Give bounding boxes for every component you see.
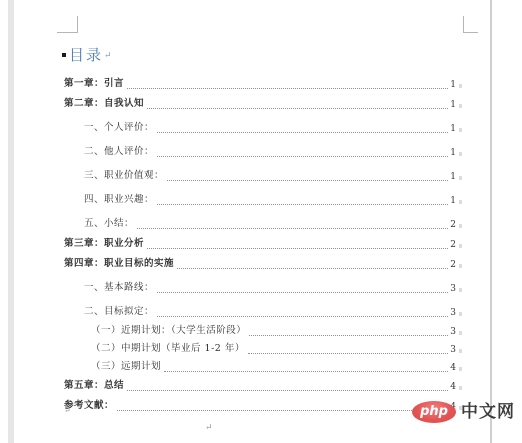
toc-entry[interactable]: （一）近期计划：（大学生活阶段） 3 — [0, 322, 522, 340]
paragraph-mark — [459, 264, 462, 268]
toc-entry-label: 五、小结： — [84, 219, 134, 229]
paragraph-mark — [459, 200, 462, 204]
toc-page-number: 4 — [450, 383, 456, 392]
toc-entry[interactable]: 一、个人评价： 1 — [0, 118, 522, 138]
paragraph-mark — [459, 349, 462, 353]
toc-page-number: 1 — [450, 101, 456, 110]
pilcrow-icon: ↵ — [205, 424, 213, 433]
toc-entry-label: 第四章：职业目标的实施 — [64, 259, 174, 269]
toc-page-number: 1 — [450, 81, 456, 90]
toc-entry[interactable]: 第三章：职业分析 2 — [0, 234, 522, 254]
dot-leader — [117, 410, 448, 411]
pilcrow-icon: ↵ — [64, 407, 71, 415]
toc-entry-label: 二、目标拟定： — [84, 307, 154, 317]
dot-leader — [157, 316, 448, 317]
text-boundary-mark-top-left — [57, 32, 78, 33]
text-boundary-mark-top-right — [463, 16, 464, 33]
word-document-page: 目录 ↵ 第一章：引言 1 第二章：自我认知 1 一、个人评价： 1 二、他人评… — [0, 0, 522, 443]
toc-entry[interactable]: 第五章：总结 4 — [0, 376, 522, 396]
paragraph-mark — [459, 367, 462, 371]
dot-leader — [137, 228, 448, 229]
toc-entry-label: （三）远期计划 — [91, 362, 161, 372]
toc-entry-label: 一、基本路线： — [84, 283, 154, 293]
paragraph-mark — [459, 386, 462, 390]
pilcrow-icon: ↵ — [104, 51, 112, 61]
toc-entry[interactable]: 第一章：引言 1 — [0, 74, 522, 94]
toc-title-row[interactable]: 目录 ↵ — [62, 46, 112, 64]
paragraph-mark — [459, 128, 462, 132]
php-cn-watermark: php 中文网 — [412, 401, 515, 423]
toc-entry-label: 第五章：总结 — [64, 381, 124, 391]
toc-entry[interactable]: 第四章：职业目标的实施 2 — [0, 254, 522, 274]
table-of-contents: 第一章：引言 1 第二章：自我认知 1 一、个人评价： 1 二、他人评价： 1 … — [0, 74, 522, 416]
paragraph-mark — [459, 244, 462, 248]
toc-entry[interactable]: 四、职业兴趣： 1 — [0, 190, 522, 210]
toc-page-number: 3 — [450, 328, 456, 337]
dot-leader — [157, 132, 448, 133]
paragraph-mark — [459, 176, 462, 180]
toc-entry[interactable]: 二、他人评价： 1 — [0, 142, 522, 162]
dot-leader — [164, 371, 448, 372]
dot-leader — [157, 156, 448, 157]
toc-entry-label: （一）近期计划：（大学生活阶段） — [91, 326, 246, 336]
toc-page-number: 1 — [450, 125, 456, 134]
toc-entry-label: 参考文献： — [64, 401, 114, 411]
paragraph-mark — [459, 224, 462, 228]
toc-entry[interactable]: 二、目标拟定： 3 — [0, 302, 522, 322]
dot-leader — [127, 390, 448, 391]
toc-entry-label: 第二章：自我认知 — [64, 99, 144, 109]
php-logo-icon: php — [412, 401, 456, 423]
toc-entry[interactable]: （二）中期计划（毕业后 1-2 年） 3 — [0, 340, 522, 358]
toc-page-number: 2 — [450, 221, 456, 230]
paragraph-mark — [459, 152, 462, 156]
toc-page-number: 2 — [450, 241, 456, 250]
toc-entry-label: 第一章：引言 — [64, 79, 124, 89]
toc-entry-label: 二、他人评价： — [84, 147, 154, 157]
toc-page-number: 3 — [450, 285, 456, 294]
toc-page-number: 3 — [450, 346, 456, 355]
toc-entry-label: 一、个人评价： — [84, 123, 154, 133]
text-boundary-mark-top-left — [77, 16, 78, 33]
toc-entry-label: 第三章：职业分析 — [64, 239, 144, 249]
toc-page-number: 4 — [450, 364, 456, 373]
dot-leader — [249, 335, 448, 336]
toc-page-number: 3 — [450, 309, 456, 318]
dot-leader — [177, 268, 448, 269]
toc-entry-label: （二）中期计划（毕业后 1-2 年） — [91, 344, 245, 354]
dot-leader — [157, 292, 448, 293]
php-logo-text: php — [420, 405, 448, 419]
paragraph-mark — [459, 331, 462, 335]
toc-entry[interactable]: 一、基本路线： 3 — [0, 278, 522, 298]
toc-page-number: 1 — [450, 149, 456, 158]
toc-entry-label: 三、职业价值观： — [84, 171, 164, 181]
dot-leader — [147, 108, 448, 109]
toc-title: 目录 — [69, 46, 103, 64]
toc-entry[interactable]: 三、职业价值观： 1 — [0, 166, 522, 186]
dot-leader — [248, 353, 448, 354]
paragraph-mark — [459, 84, 462, 88]
watermark-site-text: 中文网 — [461, 404, 515, 421]
paragraph-mark — [459, 312, 462, 316]
toc-page-number: 1 — [450, 173, 456, 182]
outline-bullet-icon — [62, 53, 66, 57]
dot-leader — [147, 248, 448, 249]
toc-page-number: 2 — [450, 261, 456, 270]
paragraph-mark — [459, 104, 462, 108]
toc-entry-label: 四、职业兴趣： — [84, 195, 154, 205]
paragraph-mark — [459, 288, 462, 292]
toc-page-number: 1 — [450, 197, 456, 206]
toc-entry[interactable]: （三）远期计划 4 — [0, 358, 522, 376]
text-boundary-mark-top-right — [463, 32, 478, 33]
dot-leader — [127, 88, 448, 89]
dot-leader — [157, 204, 448, 205]
toc-entry[interactable]: 第二章：自我认知 1 — [0, 94, 522, 114]
dot-leader — [167, 180, 448, 181]
toc-entry[interactable]: 五、小结： 2 — [0, 214, 522, 234]
